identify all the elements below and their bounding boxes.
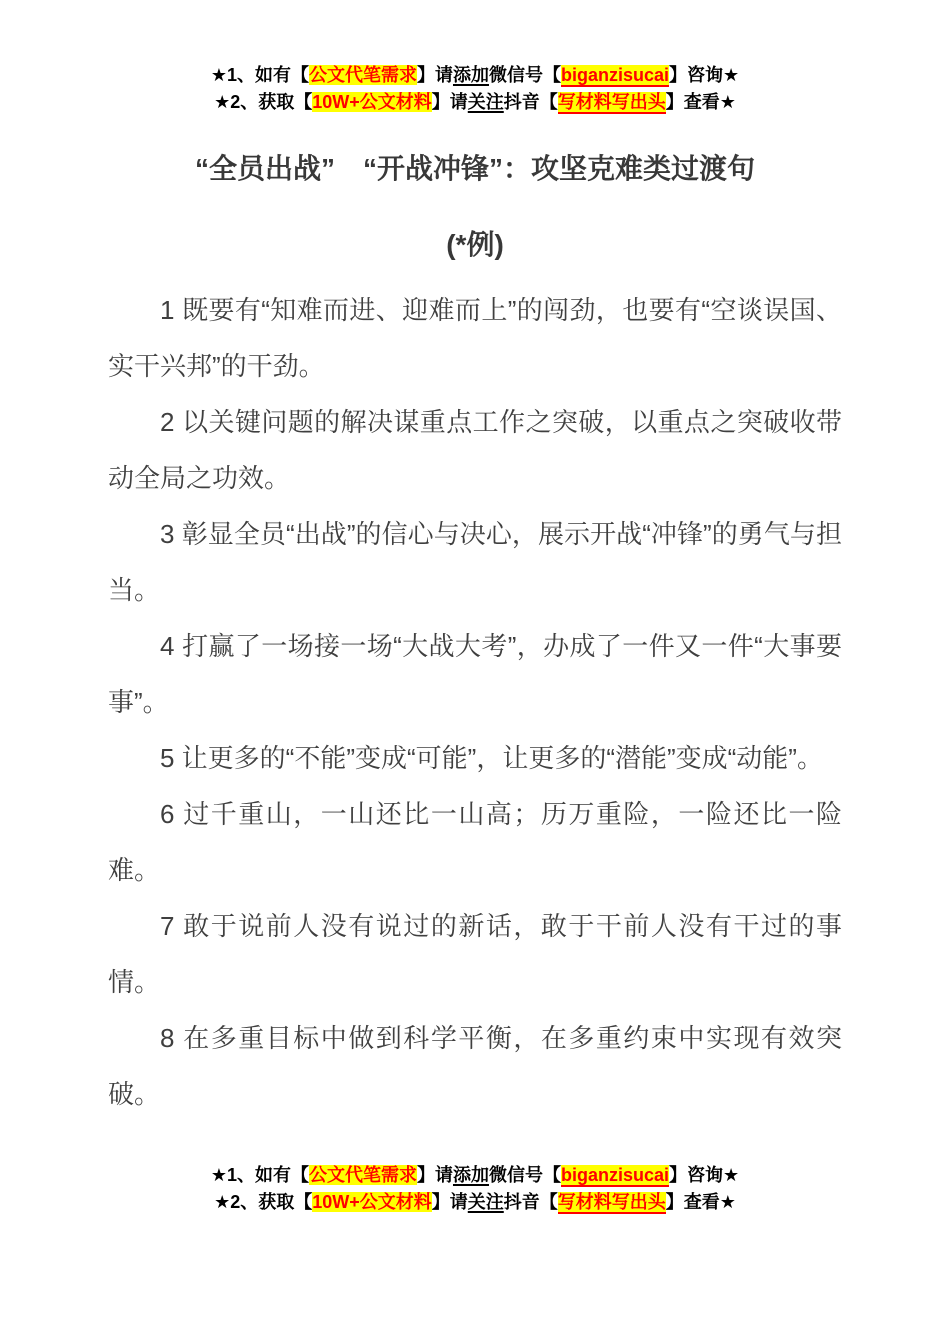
promo-text: 抖音【 (504, 92, 558, 112)
promo-text: 微信号【 (489, 1165, 561, 1185)
promo-text: ★1、如有【 (211, 1165, 309, 1185)
promo-text: 】查看★ (666, 1192, 736, 1212)
promo-wechat-id: biganzisucai (561, 1165, 669, 1187)
document-body: 1 既要有“知难而进、迎难而上”的闯劲，也要有“空谈误国、实干兴邦”的干劲。 2… (0, 282, 950, 1122)
promo-underline-add: 添加 (453, 1165, 489, 1185)
paragraph-7: 7 敢于说前人没有说过的新话，敢于干前人没有干过的事情。 (108, 898, 842, 1010)
promo-text: ★1、如有【 (211, 65, 309, 85)
promo-text: 抖音【 (504, 1192, 558, 1212)
promo-underline-follow: 关注 (468, 92, 504, 112)
promo-wechat-id: biganzisucai (561, 65, 669, 87)
promo-footer-line-1: ★1、如有【公文代笔需求】请添加微信号【biganzisucai】咨询★ (0, 1162, 950, 1189)
paragraph-1: 1 既要有“知难而进、迎难而上”的闯劲，也要有“空谈误国、实干兴邦”的干劲。 (108, 282, 842, 394)
promo-highlight-materials: 10W+公文材料 (312, 1192, 432, 1212)
document-page: ★1、如有【公文代笔需求】请添加微信号【biganzisucai】咨询★ ★2、… (0, 0, 950, 1344)
paragraph-6: 6 过千重山，一山还比一山高；历万重险，一险还比一险难。 (108, 786, 842, 898)
paragraph-4: 4 打赢了一场接一场“大战大考”，办成了一件又一件“大事要事”。 (108, 618, 842, 730)
promo-header-line-2: ★2、获取【10W+公文材料】请关注抖音【写材料写出头】查看★ (0, 89, 950, 116)
promo-text: ★2、获取【 (214, 1192, 312, 1212)
promo-text: ★2、获取【 (214, 92, 312, 112)
page-subtitle: (*例) (0, 228, 950, 262)
page-title: “全员出战” “开战冲锋”：攻坚克难类过渡句 (0, 152, 950, 186)
paragraph-2: 2 以关键问题的解决谋重点工作之突破，以重点之突破收带动全局之功效。 (108, 394, 842, 506)
promo-underline-add: 添加 (453, 65, 489, 85)
promo-header: ★1、如有【公文代笔需求】请添加微信号【biganzisucai】咨询★ ★2、… (0, 0, 950, 116)
promo-douyin-id: 写材料写出头 (558, 92, 666, 114)
promo-header-line-1: ★1、如有【公文代笔需求】请添加微信号【biganzisucai】咨询★ (0, 62, 950, 89)
paragraph-3: 3 彰显全员“出战”的信心与决心，展示开战“冲锋”的勇气与担当。 (108, 506, 842, 618)
paragraph-8: 8 在多重目标中做到科学平衡，在多重约束中实现有效突破。 (108, 1010, 842, 1122)
promo-text: 】请 (417, 65, 453, 85)
promo-footer-line-2: ★2、获取【10W+公文材料】请关注抖音【写材料写出头】查看★ (0, 1189, 950, 1216)
promo-underline-follow: 关注 (468, 1192, 504, 1212)
paragraph-5: 5 让更多的“不能”变成“可能”，让更多的“潜能”变成“动能”。 (108, 730, 842, 786)
promo-text: 】咨询★ (669, 1165, 739, 1185)
promo-highlight-service: 公文代笔需求 (309, 65, 417, 85)
promo-text: 】请 (432, 1192, 468, 1212)
promo-highlight-materials: 10W+公文材料 (312, 92, 432, 112)
promo-text: 】查看★ (666, 92, 736, 112)
promo-douyin-id: 写材料写出头 (558, 1192, 666, 1214)
promo-footer: ★1、如有【公文代笔需求】请添加微信号【biganzisucai】咨询★ ★2、… (0, 1162, 950, 1216)
promo-text: 微信号【 (489, 65, 561, 85)
promo-text: 】请 (432, 92, 468, 112)
promo-highlight-service: 公文代笔需求 (309, 1165, 417, 1185)
promo-text: 】请 (417, 1165, 453, 1185)
promo-text: 】咨询★ (669, 65, 739, 85)
